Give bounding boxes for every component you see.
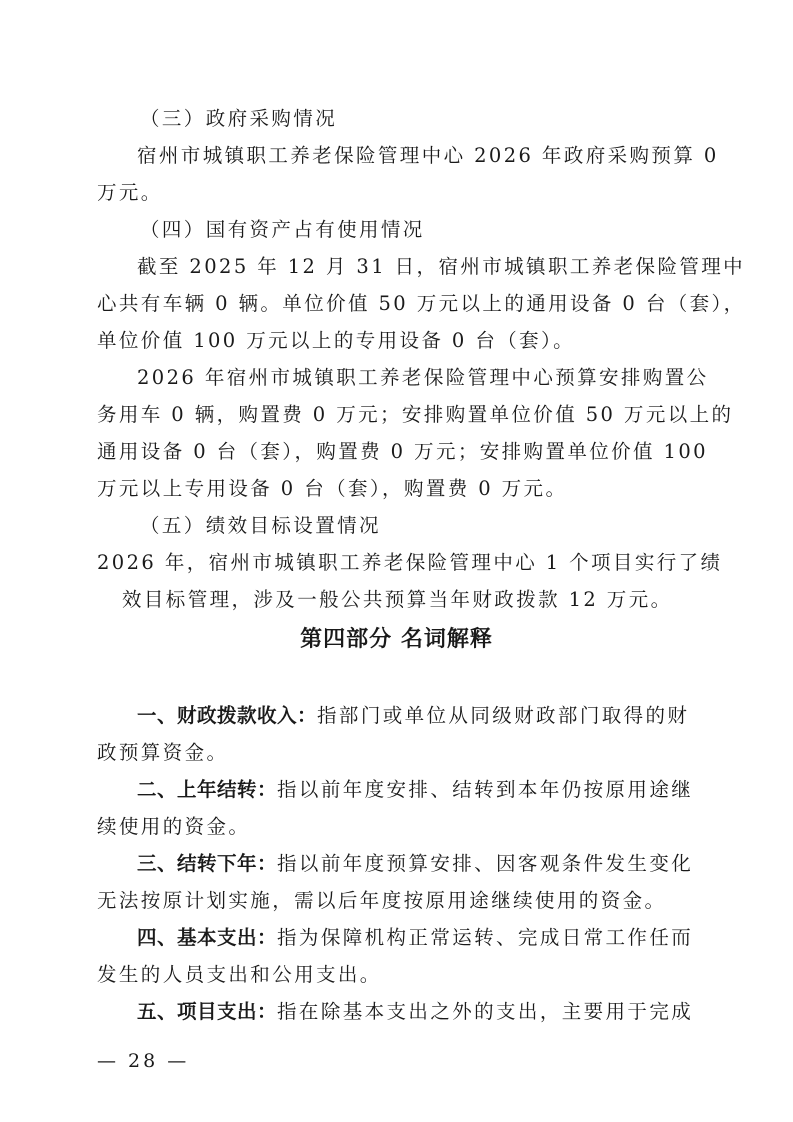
term-label: 一、财政拨款收入： [137,704,317,727]
section-heading-government-procurement: （三）政府采购情况 [140,106,740,132]
paragraph-line: 通用设备 0 台（套），购置费 0 万元；安排购置单位价值 100 [97,439,697,465]
term-text: 指以前年度预算安排、因客观条件发生变化 [277,852,693,875]
term-definition-line: 二、上年结转：指以前年度安排、结转到本年仍按原用途继 [137,777,737,803]
term-text: 指以前年度安排、结转到本年仍按原用途继 [277,778,693,801]
term-text: 指为保障机构正常运转、完成日常工作任而 [277,926,693,949]
paragraph-line: 2026 年，宿州市城镇职工养老保险管理中心 1 个项目实行了绩 [97,550,697,576]
paragraph-line: 万元以上专用设备 0 台（套），购置费 0 万元。 [97,476,697,502]
term-text: 指在除基本支出之外的支出，主要用于完成 [277,1000,693,1023]
paragraph-line: 宿州市城镇职工养老保险管理中心 2026 年政府采购预算 0 [137,143,737,169]
term-definition-line: 五、项目支出：指在除基本支出之外的支出，主要用于完成 [137,999,737,1025]
document-page: （三）政府采购情况 宿州市城镇职工养老保险管理中心 2026 年政府采购预算 0… [0,0,793,1122]
term-text: 指部门或单位从同级财政部门取得的财 [317,704,689,727]
part-title: 第四部分 名词解释 [0,624,793,654]
page-number: — 28 — [97,1048,189,1074]
section-heading-performance-goals: （五）绩效目标设置情况 [140,513,740,539]
paragraph-line: 截至 2025 年 12 月 31 日，宿州市城镇职工养老保险管理中 [137,254,737,280]
paragraph-line: 心共有车辆 0 辆。单位价值 50 万元以上的通用设备 0 台（套）， [97,291,697,317]
term-label: 四、基本支出： [137,926,277,949]
paragraph-line: 效目标管理，涉及一般公共预算当年财政拨款 12 万元。 [122,587,722,613]
term-definition-line: 政预算资金。 [97,740,697,766]
term-definition-line: 续使用的资金。 [97,814,697,840]
term-label: 三、结转下年： [137,852,277,875]
paragraph-line: 2026 年宿州市城镇职工养老保险管理中心预算安排购置公 [137,365,737,391]
paragraph-line: 单位价值 100 万元以上的专用设备 0 台（套）。 [97,328,697,354]
section-heading-state-assets: （四）国有资产占有使用情况 [140,217,740,243]
term-definition-line: 三、结转下年：指以前年度预算安排、因客观条件发生变化 [137,851,737,877]
paragraph-line: 务用车 0 辆，购置费 0 万元；安排购置单位价值 50 万元以上的 [97,402,697,428]
term-definition-line: 无法按原计划实施，需以后年度按原用途继续使用的资金。 [97,888,697,914]
term-definition-line: 一、财政拨款收入：指部门或单位从同级财政部门取得的财 [137,703,737,729]
term-definition-line: 四、基本支出：指为保障机构正常运转、完成日常工作任而 [137,925,737,951]
term-label: 五、项目支出： [137,1000,277,1023]
term-label: 二、上年结转： [137,778,277,801]
term-definition-line: 发生的人员支出和公用支出。 [97,962,697,988]
paragraph-line: 万元。 [97,180,697,206]
